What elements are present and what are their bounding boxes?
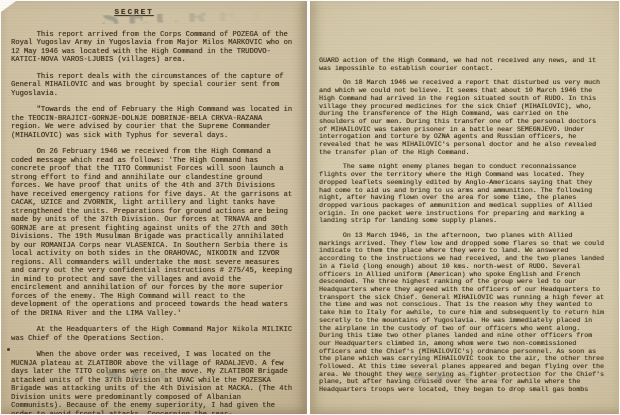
page-right: SECRET GUARD action of the High Command,… (310, 1, 619, 414)
paragraph-zlatibor-actions: When the above order was received, I was… (11, 351, 296, 414)
paragraph-operations-chief: At the Headquarters of the High Command … (11, 326, 296, 343)
paragraph-coded-message: On 26 February 1946 we received from the… (11, 148, 296, 318)
paragraph-doctor-captured: On 18 March 1946 we received a report th… (319, 79, 607, 156)
scan-corner-artifact (1, 1, 16, 12)
classification-heading: SECRET (39, 9, 229, 18)
paragraph-february-location: "Towards the end of February the High Co… (11, 106, 296, 140)
paragraph-reconnaissance-leaflets: The same night enemy planes began to con… (319, 163, 607, 225)
paragraph-planes-landing: On 13 March 1946, in the afternoon, two … (319, 232, 607, 394)
paragraph-rearguard-continuation: GUARD action of the High Command, we had… (319, 57, 607, 72)
ink-speck (7, 348, 10, 351)
document-scan: SECRET SECRET This report arrived from t… (0, 0, 620, 415)
page-left: SECRET SECRET This report arrived from t… (1, 1, 307, 414)
paragraph-report-subject: This report deals with the circumstances… (11, 73, 296, 99)
paragraph-report-origin: This report arrived from the Corps Comma… (11, 31, 296, 65)
